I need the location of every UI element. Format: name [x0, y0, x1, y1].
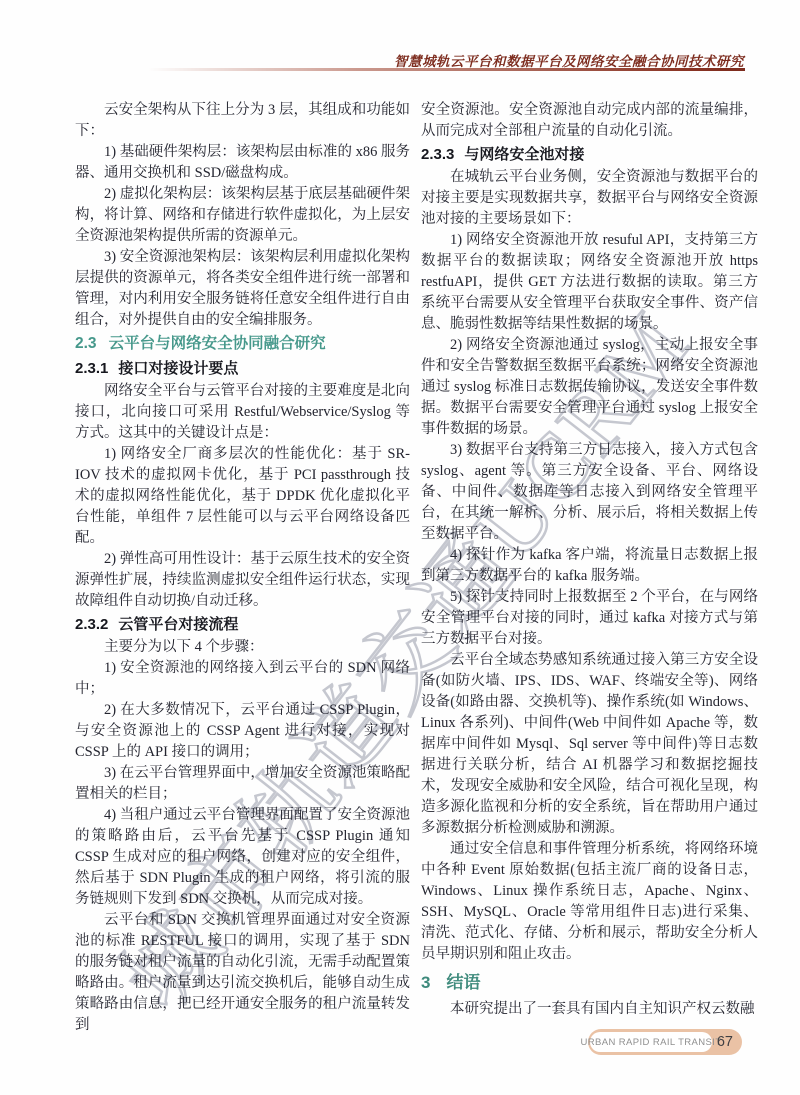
paragraph: 本研究提出了一套具有国内自主知识产权云数融 — [421, 999, 758, 1020]
paragraph: 1) 网络安全厂商多层次的性能优化：基于 SR-IOV 技术的虚拟网卡优化，基于… — [75, 444, 410, 549]
paragraph: 在城轨云平台业务侧，安全资源池与数据平台的对接主要是实现数据共享，数据平台与网络… — [421, 167, 758, 230]
paragraph: 安全资源池。安全资源池自动完成内部的流量编排，从而完成对全部租户流量的自动化引流… — [421, 100, 758, 142]
journal-name-label: URBAN RAPID RAIL TRANSIT — [580, 1037, 721, 1048]
paragraph: 3) 安全资源池架构层：该架构层利用虚拟化架构层提供的资源单元，将各类安全组件进… — [75, 247, 410, 331]
page-number: 67 — [717, 1029, 733, 1055]
heading-text: 云管平台对接流程 — [118, 616, 238, 633]
paragraph: 1) 网络安全资源池开放 resuful API，支持第三方数据平台的数据读取；… — [421, 230, 758, 335]
paragraph: 1) 安全资源池的网络接入到云平台的 SDN 网络中； — [75, 658, 410, 700]
heading-text: 与网络安全池对接 — [464, 146, 584, 163]
paragraph: 3) 数据平台支持第三方日志接入，接入方式包含 syslog、agent 等。第… — [421, 440, 758, 545]
journal-name: URBAN RAPID RAIL TRANSIT — [590, 1032, 712, 1052]
paragraph: 5) 探针支持同时上报数据至 2 个平台，在与网络安全管理平台对接的同时，通过 … — [421, 587, 758, 650]
column-left: 云安全架构从下往上分为 3 层，其组成和功能如下：1) 基础硬件架构层：该架构层… — [75, 100, 410, 1036]
subsection-heading: 2.3.2云管平台对接流程 — [75, 613, 410, 636]
section-heading: 3结语 — [421, 970, 758, 995]
page: 智慧城轨云平台和数据平台及网络安全融合协同技术研究 城市轨道交通UCRM 云安全… — [0, 0, 800, 1095]
paragraph: 4) 探针作为 kafka 客户端，将流量日志数据上报到第三方数据平台的 kaf… — [421, 545, 758, 587]
heading-number: 2.3.1 — [75, 360, 108, 377]
paragraph: 1) 基础硬件架构层：该架构层由标准的 x86 服务器、通用交换机和 SSD/磁… — [75, 142, 410, 184]
paragraph: 通过安全信息和事件管理分析系统，将网络环境中各种 Event 原始数据(包括主流… — [421, 839, 758, 965]
header-rule — [148, 68, 745, 71]
heading-number: 2.3.2 — [75, 616, 108, 633]
paragraph: 网络安全平台与云管平台对接的主要难度是北向接口，北向接口可采用 Restful/… — [75, 381, 410, 444]
paragraph: 2) 网络安全资源池通过 syslog，主动上报安全事件和安全告警数据至数据平台… — [421, 335, 758, 440]
column-right: 安全资源池。安全资源池自动完成内部的流量编排，从而完成对全部租户流量的自动化引流… — [421, 100, 758, 1020]
heading-number: 3 — [421, 973, 430, 992]
paragraph: 云安全架构从下往上分为 3 层，其组成和功能如下： — [75, 100, 410, 142]
paragraph: 3) 在云平台管理界面中，增加安全资源池策略配置相关的栏目； — [75, 763, 410, 805]
paragraph: 2) 在大多数情况下，云平台通过 CSSP Plugin，与安全资源池上的 CS… — [75, 700, 410, 763]
heading-number: 2.3 — [75, 335, 97, 352]
heading-number: 2.3.3 — [421, 146, 454, 163]
section-heading: 2.3云平台与网络安全协同融合研究 — [75, 332, 410, 356]
paragraph: 主要分为以下 4 个步骤： — [75, 637, 410, 658]
subsection-heading: 2.3.3与网络安全池对接 — [421, 143, 758, 166]
paragraph: 云平台全域态势感知系统通过接入第三方安全设备(如防火墙、IPS、IDS、WAF、… — [421, 650, 758, 839]
subsection-heading: 2.3.1接口对接设计要点 — [75, 357, 410, 380]
paragraph: 云平台和 SDN 交换机管理界面通过对安全资源池的标准 RESTFUL 接口的调… — [75, 910, 410, 1036]
paragraph: 2) 弹性高可用性设计：基于云原生技术的安全资源弹性扩展，持续监测虚拟安全组件运… — [75, 549, 410, 612]
paragraph: 2) 虚拟化架构层：该架构层基于底层基础硬件架构，将计算、网络和存储进行软件虚拟… — [75, 184, 410, 247]
running-title: 智慧城轨云平台和数据平台及网络安全融合协同技术研究 — [394, 50, 744, 70]
journal-badge: URBAN RAPID RAIL TRANSIT 67 — [588, 1029, 742, 1055]
heading-text: 接口对接设计要点 — [118, 360, 238, 377]
paragraph: 4) 当租户通过云平台管理界面配置了安全资源池的策略路由后，云平台先基于 CSS… — [75, 805, 410, 910]
heading-text: 结语 — [446, 973, 480, 992]
heading-text: 云平台与网络安全协同融合研究 — [109, 335, 326, 352]
